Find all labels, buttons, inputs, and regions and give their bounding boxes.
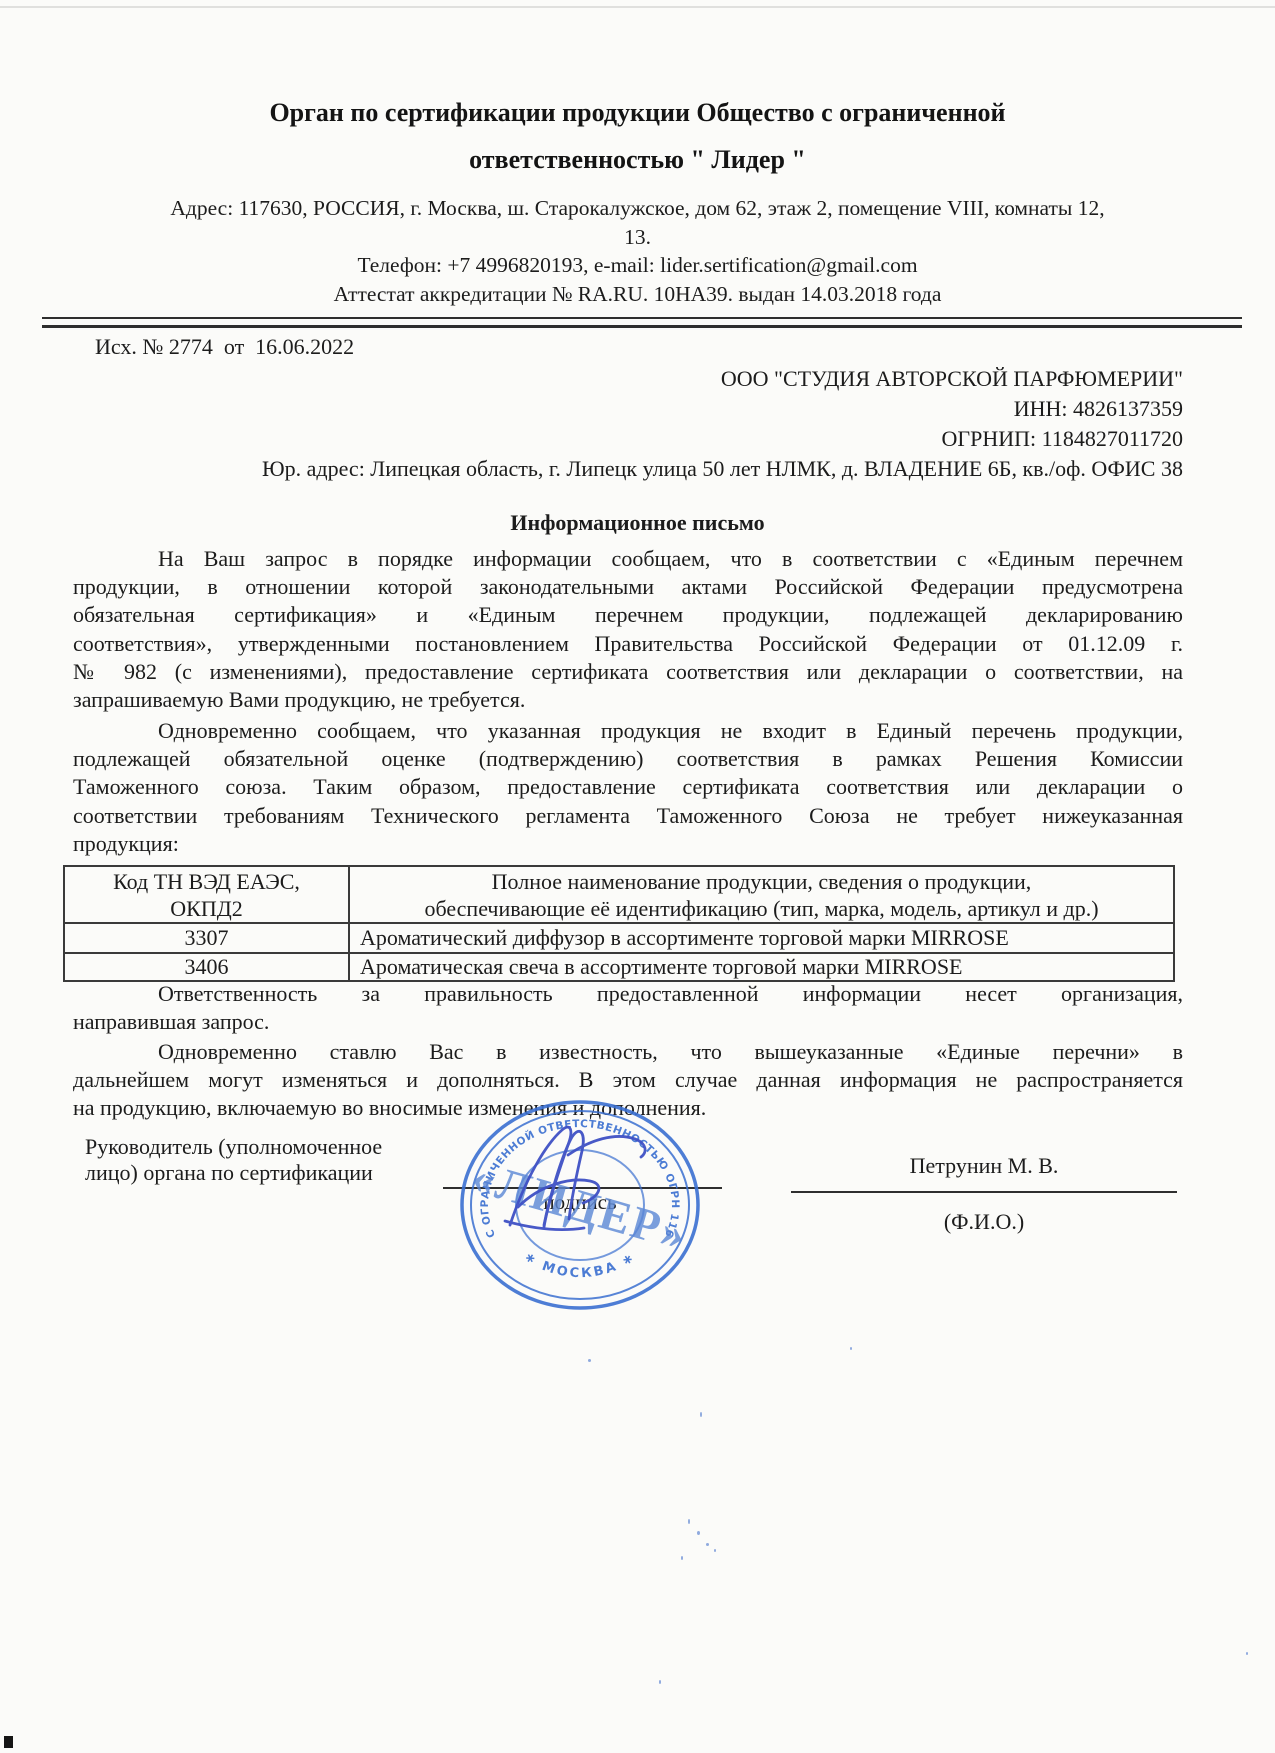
stamp-bottom-text: ∗ МОСКВА ∗ xyxy=(521,1249,638,1281)
paragraph-line: № 982 (с изменениями), предоставление се… xyxy=(73,658,1183,686)
header-divider-thin xyxy=(42,317,1242,319)
paragraph-line: направившая запрос. xyxy=(73,1008,1183,1036)
paragraph-line: Ответственность за правильность предоста… xyxy=(73,980,1183,1008)
addressee-inn: ИНН: 4826137359 xyxy=(83,394,1183,424)
paragraph-2: Одновременно сообщаем, что указанная про… xyxy=(73,717,1183,858)
paragraph-line: соответствии требованиям Технического ре… xyxy=(73,802,1183,830)
paragraph-line: Одновременно сообщаем, что указанная про… xyxy=(73,717,1183,745)
addressee-legal-address: Юр. адрес: Липецкая область, г. Липецк у… xyxy=(83,454,1183,484)
fio-caption: (Ф.И.О.) xyxy=(791,1209,1177,1235)
table-header-row: Код ТН ВЭД ЕАЭС, ОКПД2 Полное наименован… xyxy=(64,866,1174,923)
paragraph-line: На Ваш запрос в порядке информации сообщ… xyxy=(73,545,1183,573)
paragraph-line: подлежащей обязательной оценке (подтверж… xyxy=(73,745,1183,773)
table-header-code-line2: ОКПД2 xyxy=(75,895,338,922)
letter-heading: Информационное письмо xyxy=(0,510,1275,536)
paragraph-1: На Ваш запрос в порядке информации сообщ… xyxy=(73,545,1183,714)
scan-corner-artifact xyxy=(4,1736,13,1748)
table-row: 3307 Ароматический диффузор в ассортимен… xyxy=(64,923,1174,953)
document-page: Орган по сертификации продукции Общество… xyxy=(0,0,1275,1753)
paragraph-line: соответствия», утвержденными постановлен… xyxy=(73,630,1183,658)
product-code: 3307 xyxy=(64,923,349,953)
products-table: Код ТН ВЭД ЕАЭС, ОКПД2 Полное наименован… xyxy=(63,865,1175,982)
org-address-line1: Адрес: 117630, РОССИЯ, г. Москва, ш. Ста… xyxy=(0,194,1275,223)
svg-text:∗ МОСКВА ∗: ∗ МОСКВА ∗ xyxy=(521,1249,638,1281)
company-stamp: ОБЩЕСТВО С ОГРАНИЧЕННОЙ ОТВЕТСТВЕННОСТЬЮ… xyxy=(450,1085,720,1330)
product-name: Ароматическая свеча в ассортименте торго… xyxy=(349,953,1174,981)
paragraph-line: запрашиваемую Вами продукцию, не требует… xyxy=(73,686,1183,714)
product-name: Ароматический диффузор в ассортименте то… xyxy=(349,923,1174,953)
outgoing-number: Исх. № 2774 от 16.06.2022 xyxy=(95,334,354,360)
table-header-code-line1: Код ТН ВЭД ЕАЭС, xyxy=(75,868,338,895)
org-address-line2: 13. xyxy=(0,223,1275,252)
signer-name: Петрунин М. В. xyxy=(791,1153,1177,1179)
paragraph-line: Таможенного союза. Таким образом, предос… xyxy=(73,773,1183,801)
org-title-line2: ответственностью " Лидер " xyxy=(0,136,1275,183)
org-phone-email: Телефон: +7 4996820193, e-mail: lider.se… xyxy=(0,251,1275,280)
addressee-block: ООО "СТУДИЯ АВТОРСКОЙ ПАРФЮМЕРИИ" ИНН: 4… xyxy=(83,364,1183,484)
table-header-code: Код ТН ВЭД ЕАЭС, ОКПД2 xyxy=(64,866,349,923)
scan-edge-artifact xyxy=(0,6,1275,8)
addressee-ogrnip: ОГРНИП: 1184827011720 xyxy=(83,424,1183,454)
paragraph-3: Ответственность за правильность предоста… xyxy=(73,980,1183,1036)
table-header-name-line2: обеспечивающие её идентификацию (тип, ма… xyxy=(360,895,1163,922)
table-header-name-line1: Полное наименование продукции, сведения … xyxy=(360,868,1163,895)
org-title: Орган по сертификации продукции Общество… xyxy=(0,89,1275,183)
table-header-name: Полное наименование продукции, сведения … xyxy=(349,866,1174,923)
org-contacts: Адрес: 117630, РОССИЯ, г. Москва, ш. Ста… xyxy=(0,194,1275,308)
addressee-company: ООО "СТУДИЯ АВТОРСКОЙ ПАРФЮМЕРИИ" xyxy=(83,364,1183,394)
paragraph-line: Одновременно ставлю Вас в известность, ч… xyxy=(73,1038,1183,1066)
paragraph-line: продукция: xyxy=(73,830,1183,858)
fio-line xyxy=(791,1191,1177,1193)
product-code: 3406 xyxy=(64,953,349,981)
org-title-line1: Орган по сертификации продукции Общество… xyxy=(0,89,1275,136)
table-row: 3406 Ароматическая свеча в ассортименте … xyxy=(64,953,1174,981)
paragraph-line: продукции, в отношении которой законодат… xyxy=(73,573,1183,601)
paragraph-line: обязательная сертификация» и «Единым пер… xyxy=(73,601,1183,629)
header-divider-thick xyxy=(42,325,1242,328)
org-attestation: Аттестат аккредитации № RA.RU. 10НА39. в… xyxy=(0,280,1275,309)
